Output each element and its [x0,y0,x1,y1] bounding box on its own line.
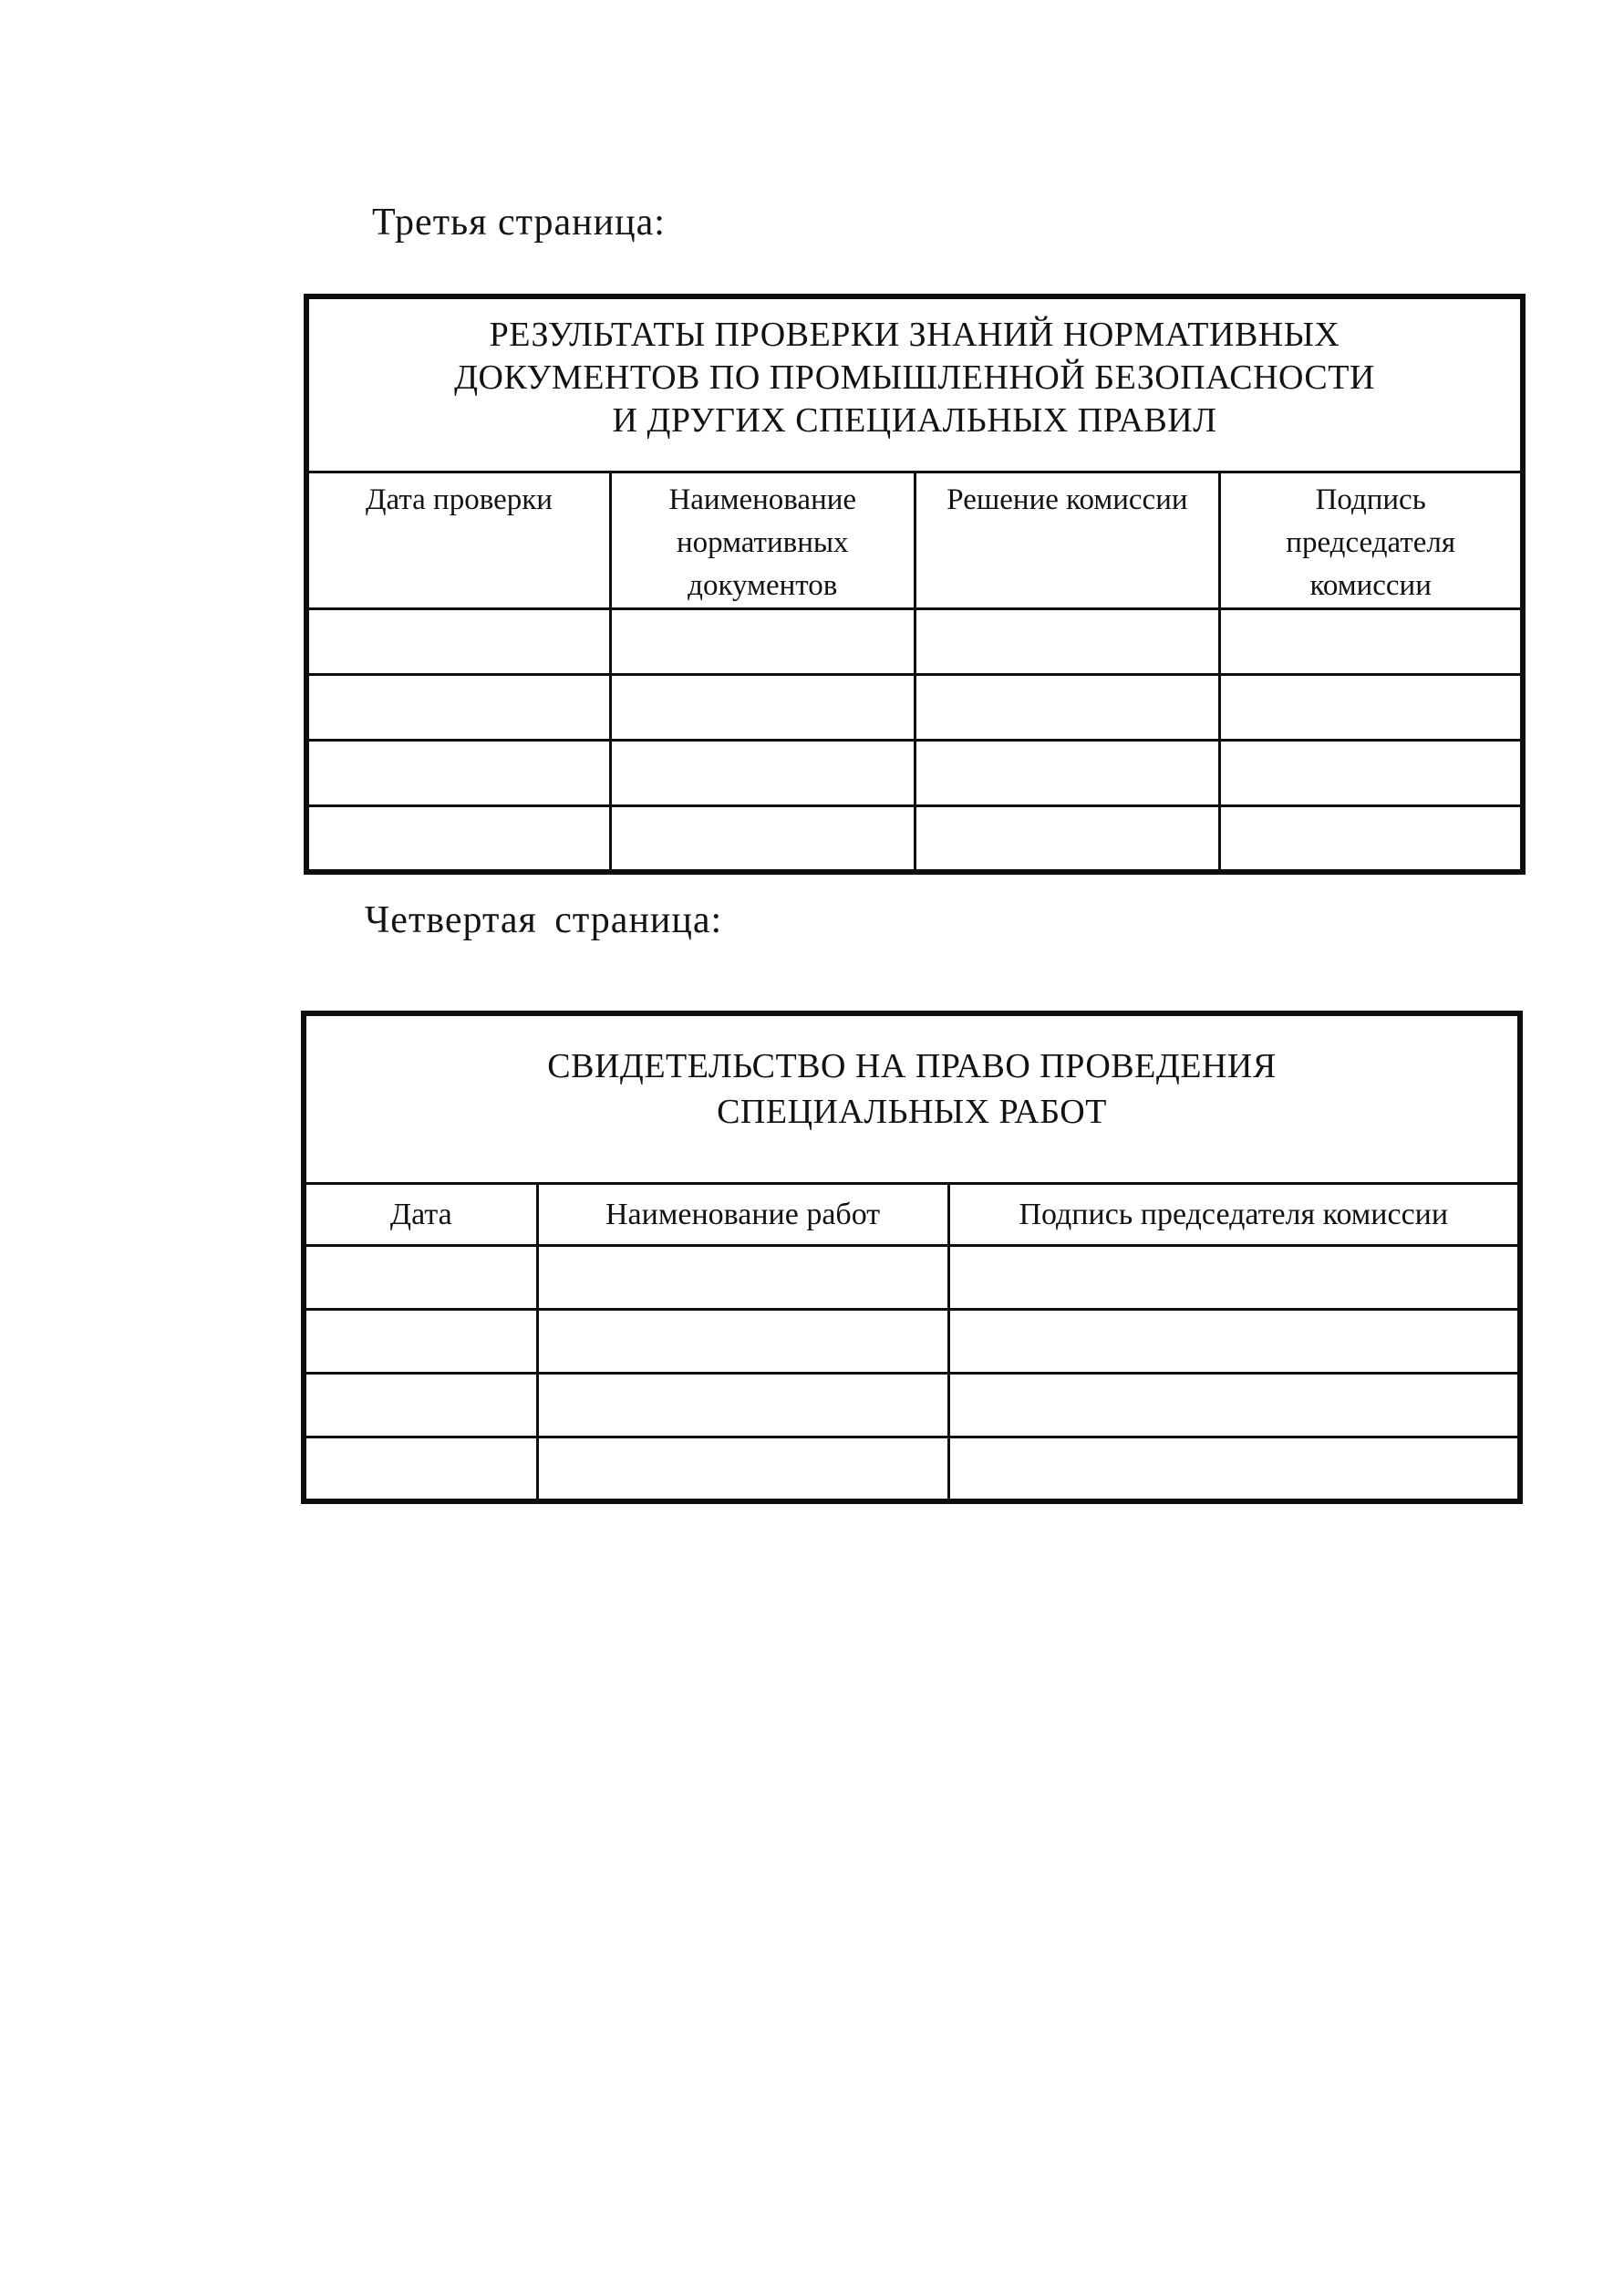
table-row [306,806,1523,872]
table-title: РЕЗУЛЬТАТЫ ПРОВЕРКИ ЗНАНИЙ НОРМАТИВНЫХ Д… [306,296,1523,472]
empty-cell [948,1246,1520,1310]
special-works-certificate-table: СВИДЕТЕЛЬСТВО НА ПРАВО ПРОВЕДЕНИЯ СПЕЦИА… [301,1011,1523,1504]
table-row [304,1310,1520,1374]
empty-cell [537,1437,948,1501]
table-row [304,1374,1520,1437]
empty-cell [304,1374,537,1437]
empty-cell [915,806,1220,872]
table-title-row: СВИДЕТЕЛЬСТВО НА ПРАВО ПРОВЕДЕНИЯ СПЕЦИА… [304,1013,1520,1184]
empty-cell [1220,609,1523,675]
table-title-line: СПЕЦИАЛЬНЫХ РАБОТ [306,1089,1517,1135]
table-row [306,609,1523,675]
empty-cell [304,1437,537,1501]
empty-cell [1220,675,1523,741]
empty-cell [537,1246,948,1310]
table-row [306,675,1523,741]
table-title-row: РЕЗУЛЬТАТЫ ПРОВЕРКИ ЗНАНИЙ НОРМАТИВНЫХ Д… [306,296,1523,472]
empty-cell [1220,741,1523,806]
table-title-line: СВИДЕТЕЛЬСТВО НА ПРАВО ПРОВЕДЕНИЯ [306,1043,1517,1089]
empty-cell [915,741,1220,806]
empty-cell [915,609,1220,675]
column-header-chairman-signature: Подпись председателя комиссии [948,1184,1520,1246]
empty-cell [611,609,915,675]
empty-cell [304,1246,537,1310]
column-header-row: Дата проверки Наименование нормативных д… [306,472,1523,609]
empty-cell [306,675,611,741]
column-header-check-date: Дата проверки [306,472,611,609]
column-header-chairman-signature: Подпись председателя комиссии [1220,472,1523,609]
empty-cell [948,1310,1520,1374]
fourth-page-heading: Четвертая страница: [365,898,722,942]
table-title-line: И ДРУГИХ СПЕЦИАЛЬНЫХ ПРАВИЛ [309,400,1520,442]
empty-cell [537,1310,948,1374]
empty-cell [948,1374,1520,1437]
empty-cell [611,675,915,741]
knowledge-check-results-table: РЕЗУЛЬТАТЫ ПРОВЕРКИ ЗНАНИЙ НОРМАТИВНЫХ Д… [304,294,1526,875]
empty-cell [1220,806,1523,872]
empty-cell [537,1374,948,1437]
table-row [306,741,1523,806]
empty-cell [915,675,1220,741]
table-row [304,1246,1520,1310]
column-header-date: Дата [304,1184,537,1246]
table-title-line: ДОКУМЕНТОВ ПО ПРОМЫШЛЕННОЙ БЕЗОПАСНОСТИ [309,357,1520,400]
third-page-heading: Третья страница: [372,201,666,244]
column-header-commission-decision: Решение комиссии [915,472,1220,609]
empty-cell [306,741,611,806]
empty-cell [611,806,915,872]
empty-cell [948,1437,1520,1501]
empty-cell [306,609,611,675]
table-row [304,1437,1520,1501]
column-header-normative-documents: Наименование нормативных документов [611,472,915,609]
column-header-works-name: Наименование работ [537,1184,948,1246]
table-title: СВИДЕТЕЛЬСТВО НА ПРАВО ПРОВЕДЕНИЯ СПЕЦИА… [304,1013,1520,1184]
empty-cell [304,1310,537,1374]
empty-cell [611,741,915,806]
column-header-row: Дата Наименование работ Подпись председа… [304,1184,1520,1246]
empty-cell [306,806,611,872]
table-title-line: РЕЗУЛЬТАТЫ ПРОВЕРКИ ЗНАНИЙ НОРМАТИВНЫХ [309,314,1520,357]
